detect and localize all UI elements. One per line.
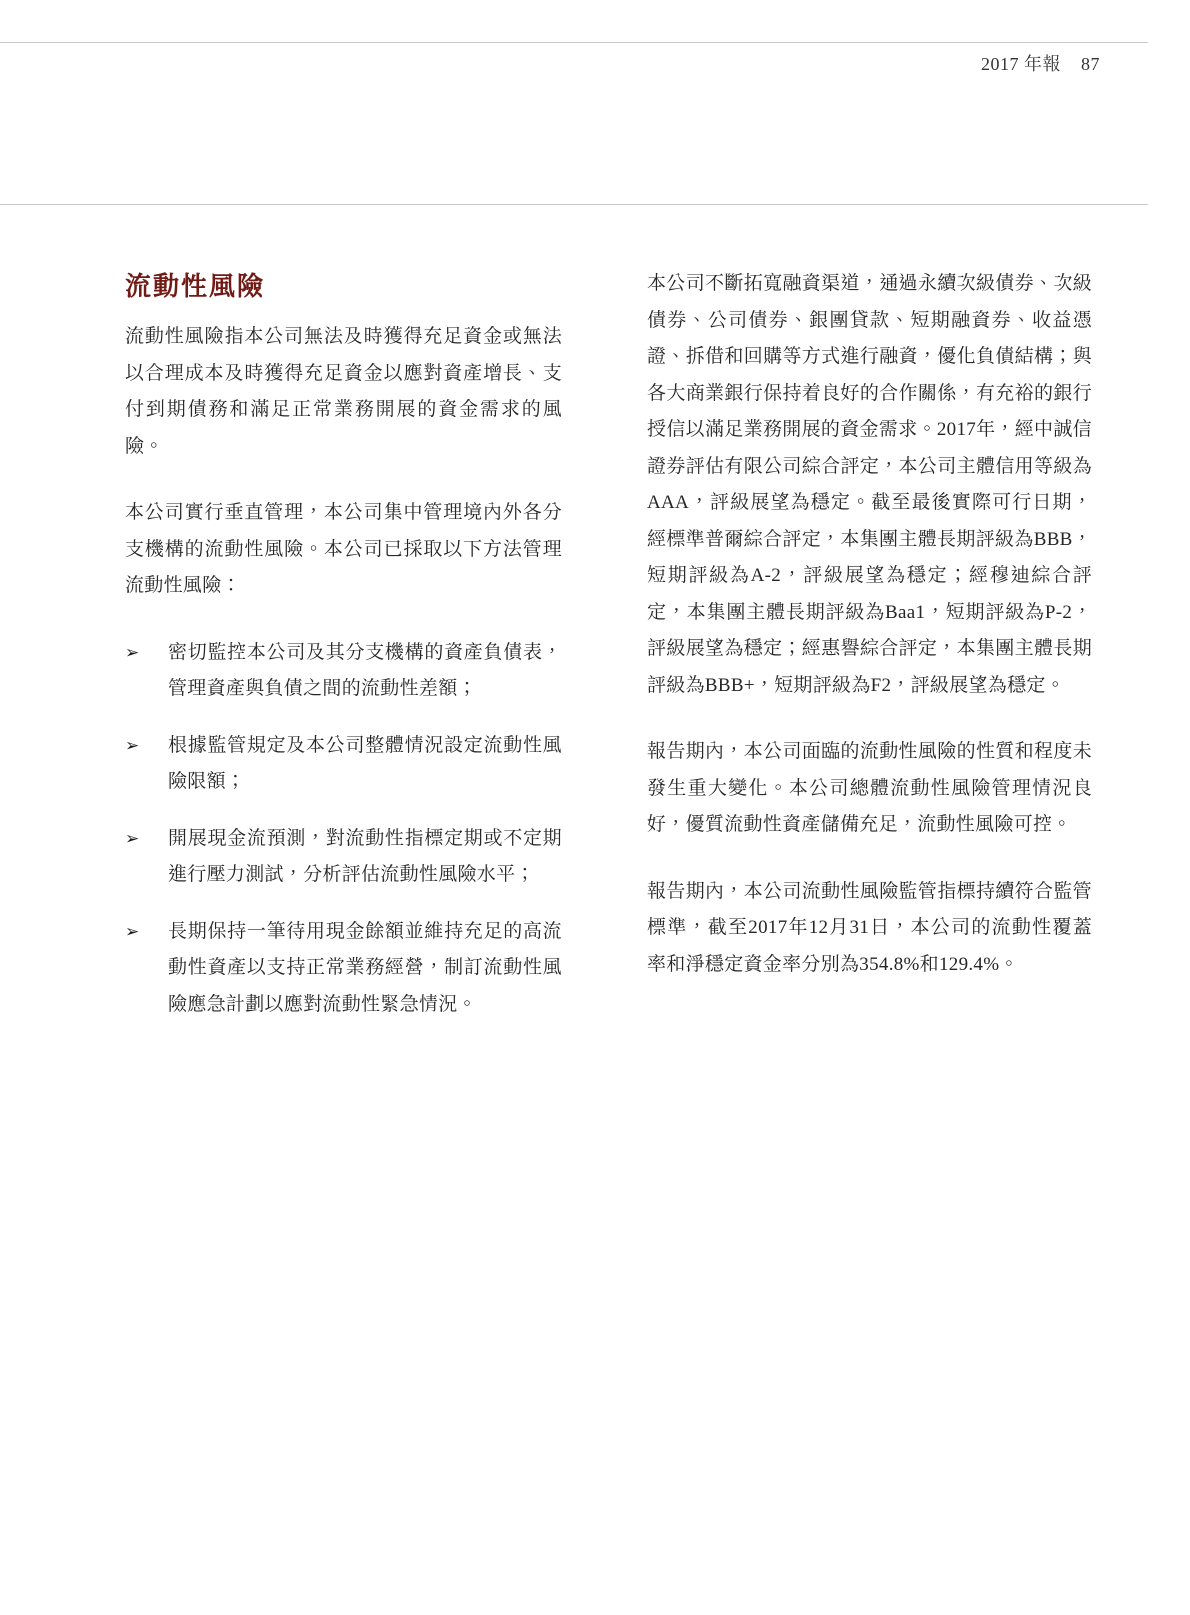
paragraph-financing-channels-ratings: 本公司不斷拓寬融資渠道，通過永續次級債券、次級債券、公司債券、銀團貸款、短期融資…: [647, 266, 1092, 704]
paragraph-regulatory-indicators: 報告期內，本公司流動性風險監管指標持續符合監管標準，截至2017年12月31日，…: [647, 874, 1092, 984]
header-divider: [0, 204, 1148, 205]
paragraph-management-approach: 本公司實行垂直管理，本公司集中管理境內外各分支機構的流動性風險。本公司已採取以下…: [125, 495, 562, 605]
arrowhead-bullet-icon: ➢: [125, 728, 168, 801]
list-item: ➢ 根據監管規定及本公司整體情況設定流動性風險限額；: [125, 728, 562, 801]
arrowhead-bullet-icon: ➢: [125, 821, 168, 894]
top-divider: [0, 42, 1148, 43]
left-column: 流動性風險 流動性風險指本公司無法及時獲得充足資金或無法以合理成本及時獲得充足資…: [125, 266, 562, 1023]
page-content: 流動性風險 流動性風險指本公司無法及時獲得充足資金或無法以合理成本及時獲得充足資…: [125, 266, 1092, 1023]
section-heading-liquidity-risk: 流動性風險: [125, 266, 562, 303]
list-item-text: 密切監控本公司及其分支機構的資產負債表，管理資產與負債之間的流動性差額；: [168, 635, 562, 708]
list-item-text: 開展現金流預測，對流動性指標定期或不定期進行壓力測試，分析評估流動性風險水平；: [168, 821, 562, 894]
list-item: ➢ 長期保持一筆待用現金餘額並維持充足的高流動性資產以支持正常業務經營，制訂流動…: [125, 914, 562, 1024]
list-item-text: 長期保持一筆待用現金餘額並維持充足的高流動性資產以支持正常業務經營，制訂流動性風…: [168, 914, 562, 1024]
page-header: 2017 年報87: [981, 50, 1100, 76]
paragraph-risk-unchanged: 報告期內，本公司面臨的流動性風險的性質和程度未發生重大變化。本公司總體流動性風險…: [647, 734, 1092, 844]
right-column: 本公司不斷拓寬融資渠道，通過永續次級債券、次級債券、公司債券、銀團貸款、短期融資…: [647, 266, 1092, 1023]
page-number: 87: [1081, 54, 1100, 75]
arrowhead-bullet-icon: ➢: [125, 914, 168, 1024]
report-title: 2017 年報: [981, 54, 1061, 74]
list-item: ➢ 密切監控本公司及其分支機構的資產負債表，管理資產與負債之間的流動性差額；: [125, 635, 562, 708]
arrowhead-bullet-icon: ➢: [125, 635, 168, 708]
list-item: ➢ 開展現金流預測，對流動性指標定期或不定期進行壓力測試，分析評估流動性風險水平…: [125, 821, 562, 894]
list-item-text: 根據監管規定及本公司整體情況設定流動性風險限額；: [168, 728, 562, 801]
paragraph-liquidity-definition: 流動性風險指本公司無法及時獲得充足資金或無法以合理成本及時獲得充足資金以應對資產…: [125, 319, 562, 465]
liquidity-measures-list: ➢ 密切監控本公司及其分支機構的資產負債表，管理資產與負債之間的流動性差額； ➢…: [125, 635, 562, 1024]
